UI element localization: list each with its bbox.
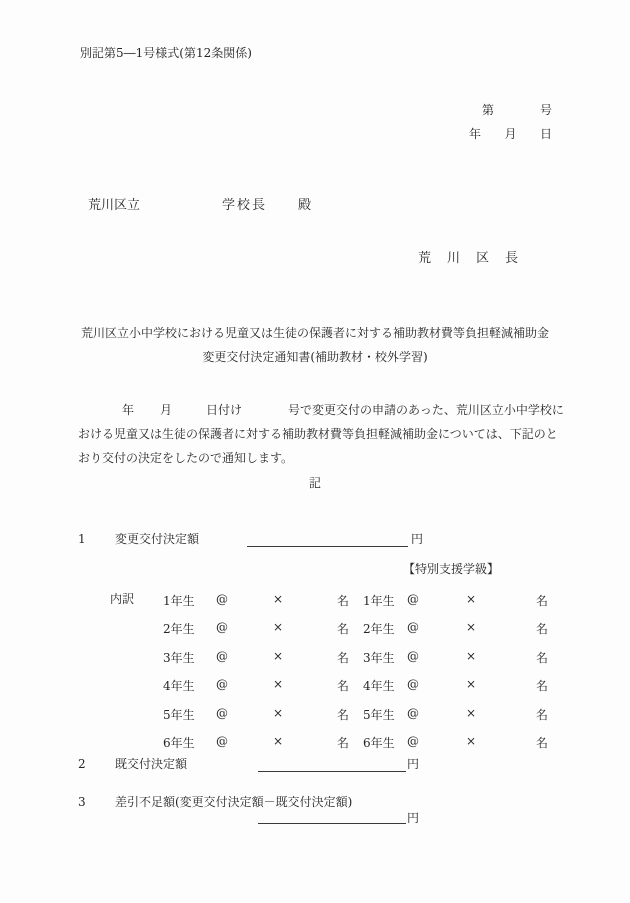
breakdown-row-grade4: 4年生 @ × 名 4年生 @ × 名 bbox=[0, 677, 630, 694]
unit-price-at-sign: @ bbox=[216, 734, 228, 748]
body-date-year: 年 bbox=[122, 403, 134, 419]
body-line2: おける児童又は生徒の保護者に対する補助教材費等負担軽減補助金については、下記のと bbox=[78, 427, 558, 443]
item2-number: 2 bbox=[78, 757, 86, 773]
body-line1-text: 号で変更交付の申請のあった、荒川区立小中学校に bbox=[288, 403, 564, 419]
body-date-month: 月 bbox=[160, 403, 172, 419]
item1-number: 1 bbox=[78, 532, 86, 548]
grade-label-special: 2年生 bbox=[363, 620, 395, 637]
document-title-line2: 変更交付決定通知書(補助教材・校外学習) bbox=[0, 350, 630, 366]
item3-number: 3 bbox=[78, 795, 86, 811]
multiplication-sign: × bbox=[466, 706, 476, 720]
breakdown-row-grade2: 2年生 @ × 名 2年生 @ × 名 bbox=[0, 620, 630, 637]
grade-label: 5年生 bbox=[163, 706, 195, 723]
grade-label-special: 3年生 bbox=[363, 649, 395, 666]
grade-label: 2年生 bbox=[163, 620, 195, 637]
unit-price-at-sign: @ bbox=[216, 706, 228, 720]
multiplication-sign: × bbox=[466, 649, 476, 663]
grade-label: 3年生 bbox=[163, 649, 195, 666]
count-unit-label: 名 bbox=[337, 734, 349, 751]
multiplication-sign: × bbox=[273, 649, 283, 663]
item2-unit-yen: 円 bbox=[407, 757, 419, 773]
body-line1: 年 月 日付け 号で変更交付の申請のあった、荒川区立小中学校に bbox=[0, 403, 630, 419]
document-title-line1: 荒川区立小中学校における児童又は生徒の保護者に対する補助教材費等負担軽減補助金 bbox=[0, 326, 630, 342]
grade-label-special: 1年生 bbox=[363, 592, 395, 609]
document-number-line: 第 号 bbox=[482, 103, 552, 119]
multiplication-sign: × bbox=[466, 620, 476, 634]
addressee-principal: 学校長 bbox=[222, 198, 267, 215]
multiplication-sign: × bbox=[466, 592, 476, 606]
count-unit-label: 名 bbox=[536, 592, 548, 609]
item3-unit-yen: 円 bbox=[407, 811, 419, 827]
count-unit-label: 名 bbox=[536, 649, 548, 666]
count-unit-label: 名 bbox=[536, 677, 548, 694]
multiplication-sign: × bbox=[273, 677, 283, 691]
notification-document-page: 別記第5―1号様式(第12条関係) 第 号 年 月 日 荒川区立 学校長 殿 荒… bbox=[0, 0, 630, 903]
count-unit-label: 名 bbox=[337, 677, 349, 694]
unit-price-at-sign: @ bbox=[216, 592, 228, 606]
unit-price-at-sign: @ bbox=[216, 620, 228, 634]
doc-number-suffix: 号 bbox=[540, 103, 552, 119]
date-day-label: 日 bbox=[540, 127, 552, 143]
grade-label-special: 6年生 bbox=[363, 734, 395, 751]
item3-amount-fill-line bbox=[258, 810, 406, 824]
count-unit-label: 名 bbox=[337, 649, 349, 666]
count-unit-label: 名 bbox=[337, 592, 349, 609]
body-date-day: 日付け bbox=[206, 403, 242, 419]
sender-mayor: 荒 川 区 長 bbox=[418, 251, 520, 268]
unit-price-at-sign: @ bbox=[407, 734, 419, 748]
date-line: 年 月 日 bbox=[469, 127, 552, 143]
unit-price-at-sign: @ bbox=[407, 592, 419, 606]
unit-price-at-sign: @ bbox=[407, 649, 419, 663]
breakdown-row-grade6: 6年生 @ × 名 6年生 @ × 名 bbox=[0, 734, 630, 751]
count-unit-label: 名 bbox=[337, 620, 349, 637]
special-support-class-header: 【特別支援学級】 bbox=[403, 562, 499, 578]
breakdown-row-grade1: 1年生 @ × 名 1年生 @ × 名 bbox=[0, 592, 630, 609]
unit-price-at-sign: @ bbox=[216, 677, 228, 691]
multiplication-sign: × bbox=[466, 677, 476, 691]
item1-unit-yen: 円 bbox=[411, 532, 423, 548]
multiplication-sign: × bbox=[273, 592, 283, 606]
addressee-ward: 荒川区立 bbox=[88, 198, 140, 215]
multiplication-sign: × bbox=[466, 734, 476, 748]
form-number: 別記第5―1号様式(第12条関係) bbox=[80, 46, 252, 62]
grade-label-special: 5年生 bbox=[363, 706, 395, 723]
count-unit-label: 名 bbox=[337, 706, 349, 723]
date-month-label: 月 bbox=[504, 127, 516, 143]
unit-price-at-sign: @ bbox=[407, 620, 419, 634]
unit-price-at-sign: @ bbox=[407, 677, 419, 691]
item2-amount-fill-line bbox=[258, 758, 406, 772]
grade-label: 1年生 bbox=[163, 592, 195, 609]
item1-amount-fill-line bbox=[247, 533, 408, 547]
count-unit-label: 名 bbox=[536, 706, 548, 723]
item1-label: 変更交付決定額 bbox=[115, 532, 199, 548]
breakdown-row-grade5: 5年生 @ × 名 5年生 @ × 名 bbox=[0, 706, 630, 723]
body-line3: おり交付の決定をしたので通知します。 bbox=[78, 451, 293, 467]
item3-label: 差引不足額(変更交付決定額－既交付決定額) bbox=[115, 795, 352, 811]
breakdown-row-grade3: 3年生 @ × 名 3年生 @ × 名 bbox=[0, 649, 630, 666]
unit-price-at-sign: @ bbox=[407, 706, 419, 720]
grade-label-special: 4年生 bbox=[363, 677, 395, 694]
doc-number-prefix: 第 bbox=[482, 103, 494, 119]
record-mark: 記 bbox=[0, 476, 630, 492]
multiplication-sign: × bbox=[273, 734, 283, 748]
multiplication-sign: × bbox=[273, 620, 283, 634]
count-unit-label: 名 bbox=[536, 734, 548, 751]
item2-label: 既交付決定額 bbox=[115, 757, 187, 773]
grade-label: 4年生 bbox=[163, 677, 195, 694]
unit-price-at-sign: @ bbox=[216, 649, 228, 663]
addressee-honorific: 殿 bbox=[298, 198, 311, 215]
grade-label: 6年生 bbox=[163, 734, 195, 751]
multiplication-sign: × bbox=[273, 706, 283, 720]
count-unit-label: 名 bbox=[536, 620, 548, 637]
date-year-label: 年 bbox=[469, 127, 481, 143]
